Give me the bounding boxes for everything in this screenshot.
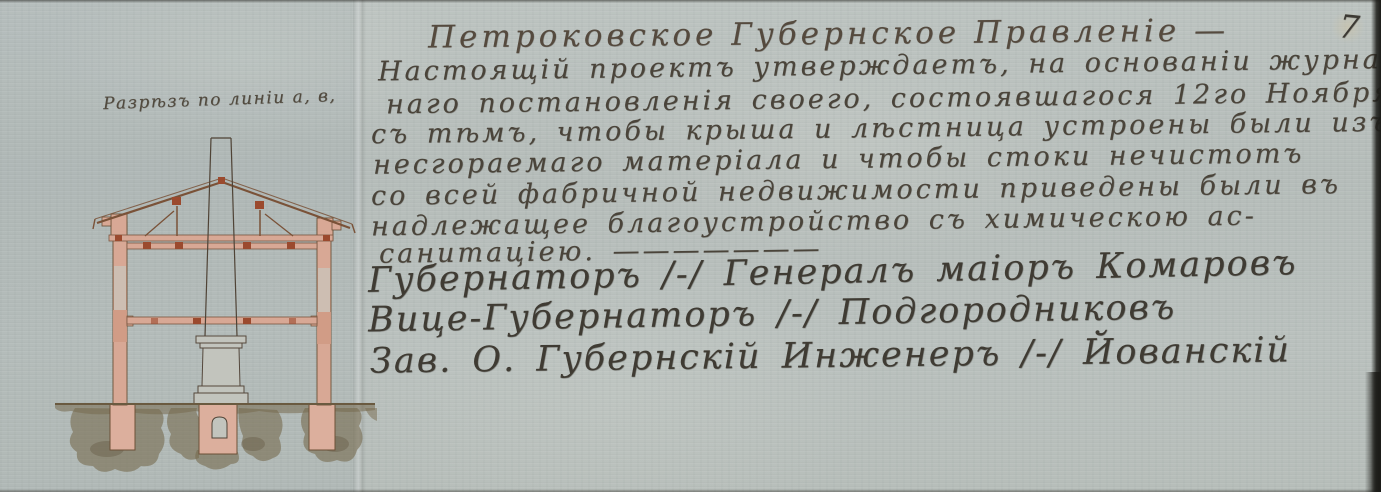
- scan-edge-right-corner: [1365, 372, 1381, 492]
- scan-edge-top: [0, 0, 1381, 3]
- page-number: 7: [1337, 7, 1361, 47]
- floor-beams: [109, 235, 333, 324]
- foundation-arch: [212, 417, 227, 438]
- chimney-pedestal: [194, 336, 248, 404]
- roof-truss: [93, 177, 355, 236]
- section-drawing: [47, 118, 383, 492]
- scanned-document-page: Разрѣзъ по линіи а, в, Петроковское Губе…: [0, 0, 1381, 492]
